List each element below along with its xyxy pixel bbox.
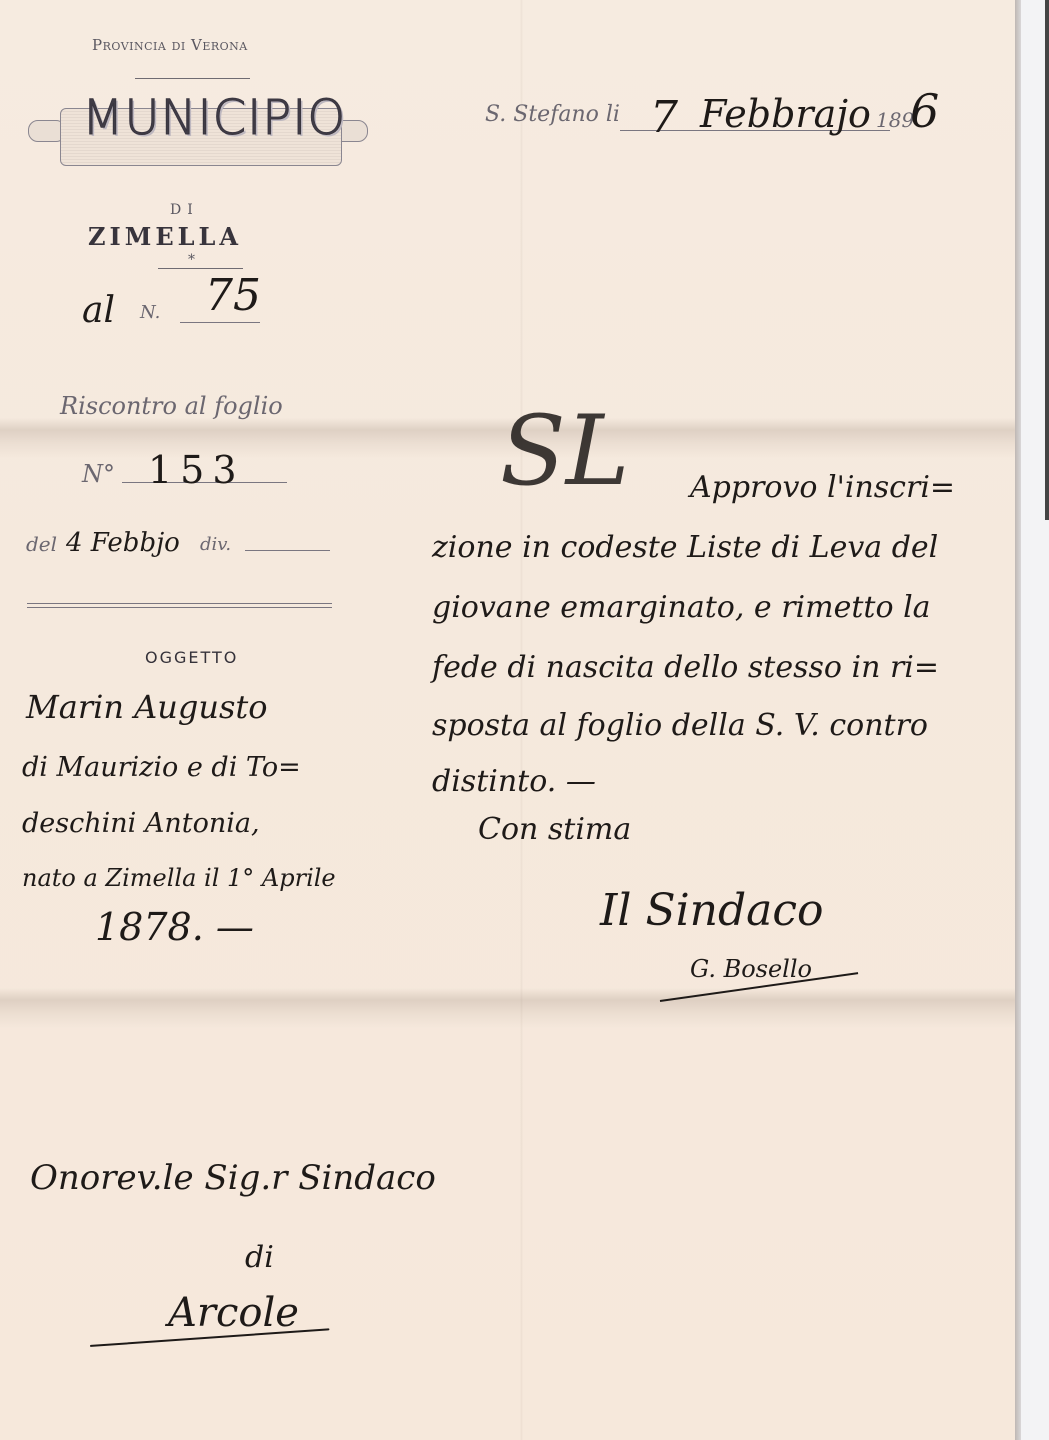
municipio-title: MUNICIPIO [82, 90, 346, 146]
body-line-3: giovane emarginato, e rimetto la [432, 590, 931, 625]
oggetto-line-4: nato a Zimella il 1° Aprile [22, 864, 336, 892]
del-value: 4 Febbjo [66, 528, 180, 558]
decorative-initial: SL [500, 395, 630, 507]
underline [180, 322, 260, 323]
oggetto-line-1: Marin Augusto [26, 688, 268, 726]
di-label: DI [170, 202, 199, 218]
underline [245, 550, 330, 551]
body-line-6: distinto. — [432, 764, 596, 799]
separator [27, 603, 332, 604]
no-label: N° [82, 460, 115, 488]
oggetto-line-5: 1878. — [95, 905, 254, 949]
date-year-printed: 189 [876, 108, 914, 132]
del-label: del [26, 532, 57, 556]
div-label: div. [200, 534, 231, 555]
signature-title: Il Sindaco [600, 885, 824, 936]
star-ornament: * [188, 252, 195, 268]
date-day: 7 [650, 92, 678, 143]
ornament-divider [135, 78, 250, 79]
provincia-heading: Provincia di Verona [92, 36, 248, 54]
signature-name: G. Bosello [690, 955, 812, 983]
addressee-line-2: di [245, 1240, 274, 1275]
date-year-handwritten: 6 [910, 84, 939, 138]
comune-name: ZIMELLA [88, 222, 242, 251]
no-value: 153 [148, 448, 245, 492]
riscontro-label: Riscontro al foglio [60, 392, 283, 420]
star-divider [158, 268, 243, 269]
oggetto-heading: OGGETTO [145, 648, 238, 667]
al-n-value: 75 [205, 270, 261, 321]
addressee-line-3: Arcole [168, 1290, 299, 1336]
body-line-2: zione in codeste Liste di Leva del [432, 530, 938, 565]
fold-line-lower [0, 988, 1015, 1028]
oggetto-line-3: deschini Antonia, [22, 808, 260, 839]
body-line-1: Approvo l'inscri= [690, 470, 955, 505]
scan-border [1045, 0, 1049, 520]
place-label: S. Stefano li [485, 102, 620, 127]
date-month: Febbrajo [700, 92, 871, 136]
body-closing: Con stima [478, 812, 631, 847]
al-label: al [82, 290, 115, 331]
body-line-5: sposta al foglio della S. V. contro [432, 708, 928, 743]
body-line-4: fede di nascita dello stesso in ri= [432, 650, 939, 685]
n-label: N. [140, 302, 160, 323]
municipio-emblem: MUNICIPIO [20, 80, 375, 200]
addressee-line-1: Onorev.le Sig.r Sindaco [30, 1158, 436, 1198]
oggetto-line-2: di Maurizio e di To= [22, 752, 301, 783]
letter-paper: Provincia di Verona MUNICIPIO DI ZIMELLA… [0, 0, 1015, 1440]
separator [27, 607, 332, 608]
